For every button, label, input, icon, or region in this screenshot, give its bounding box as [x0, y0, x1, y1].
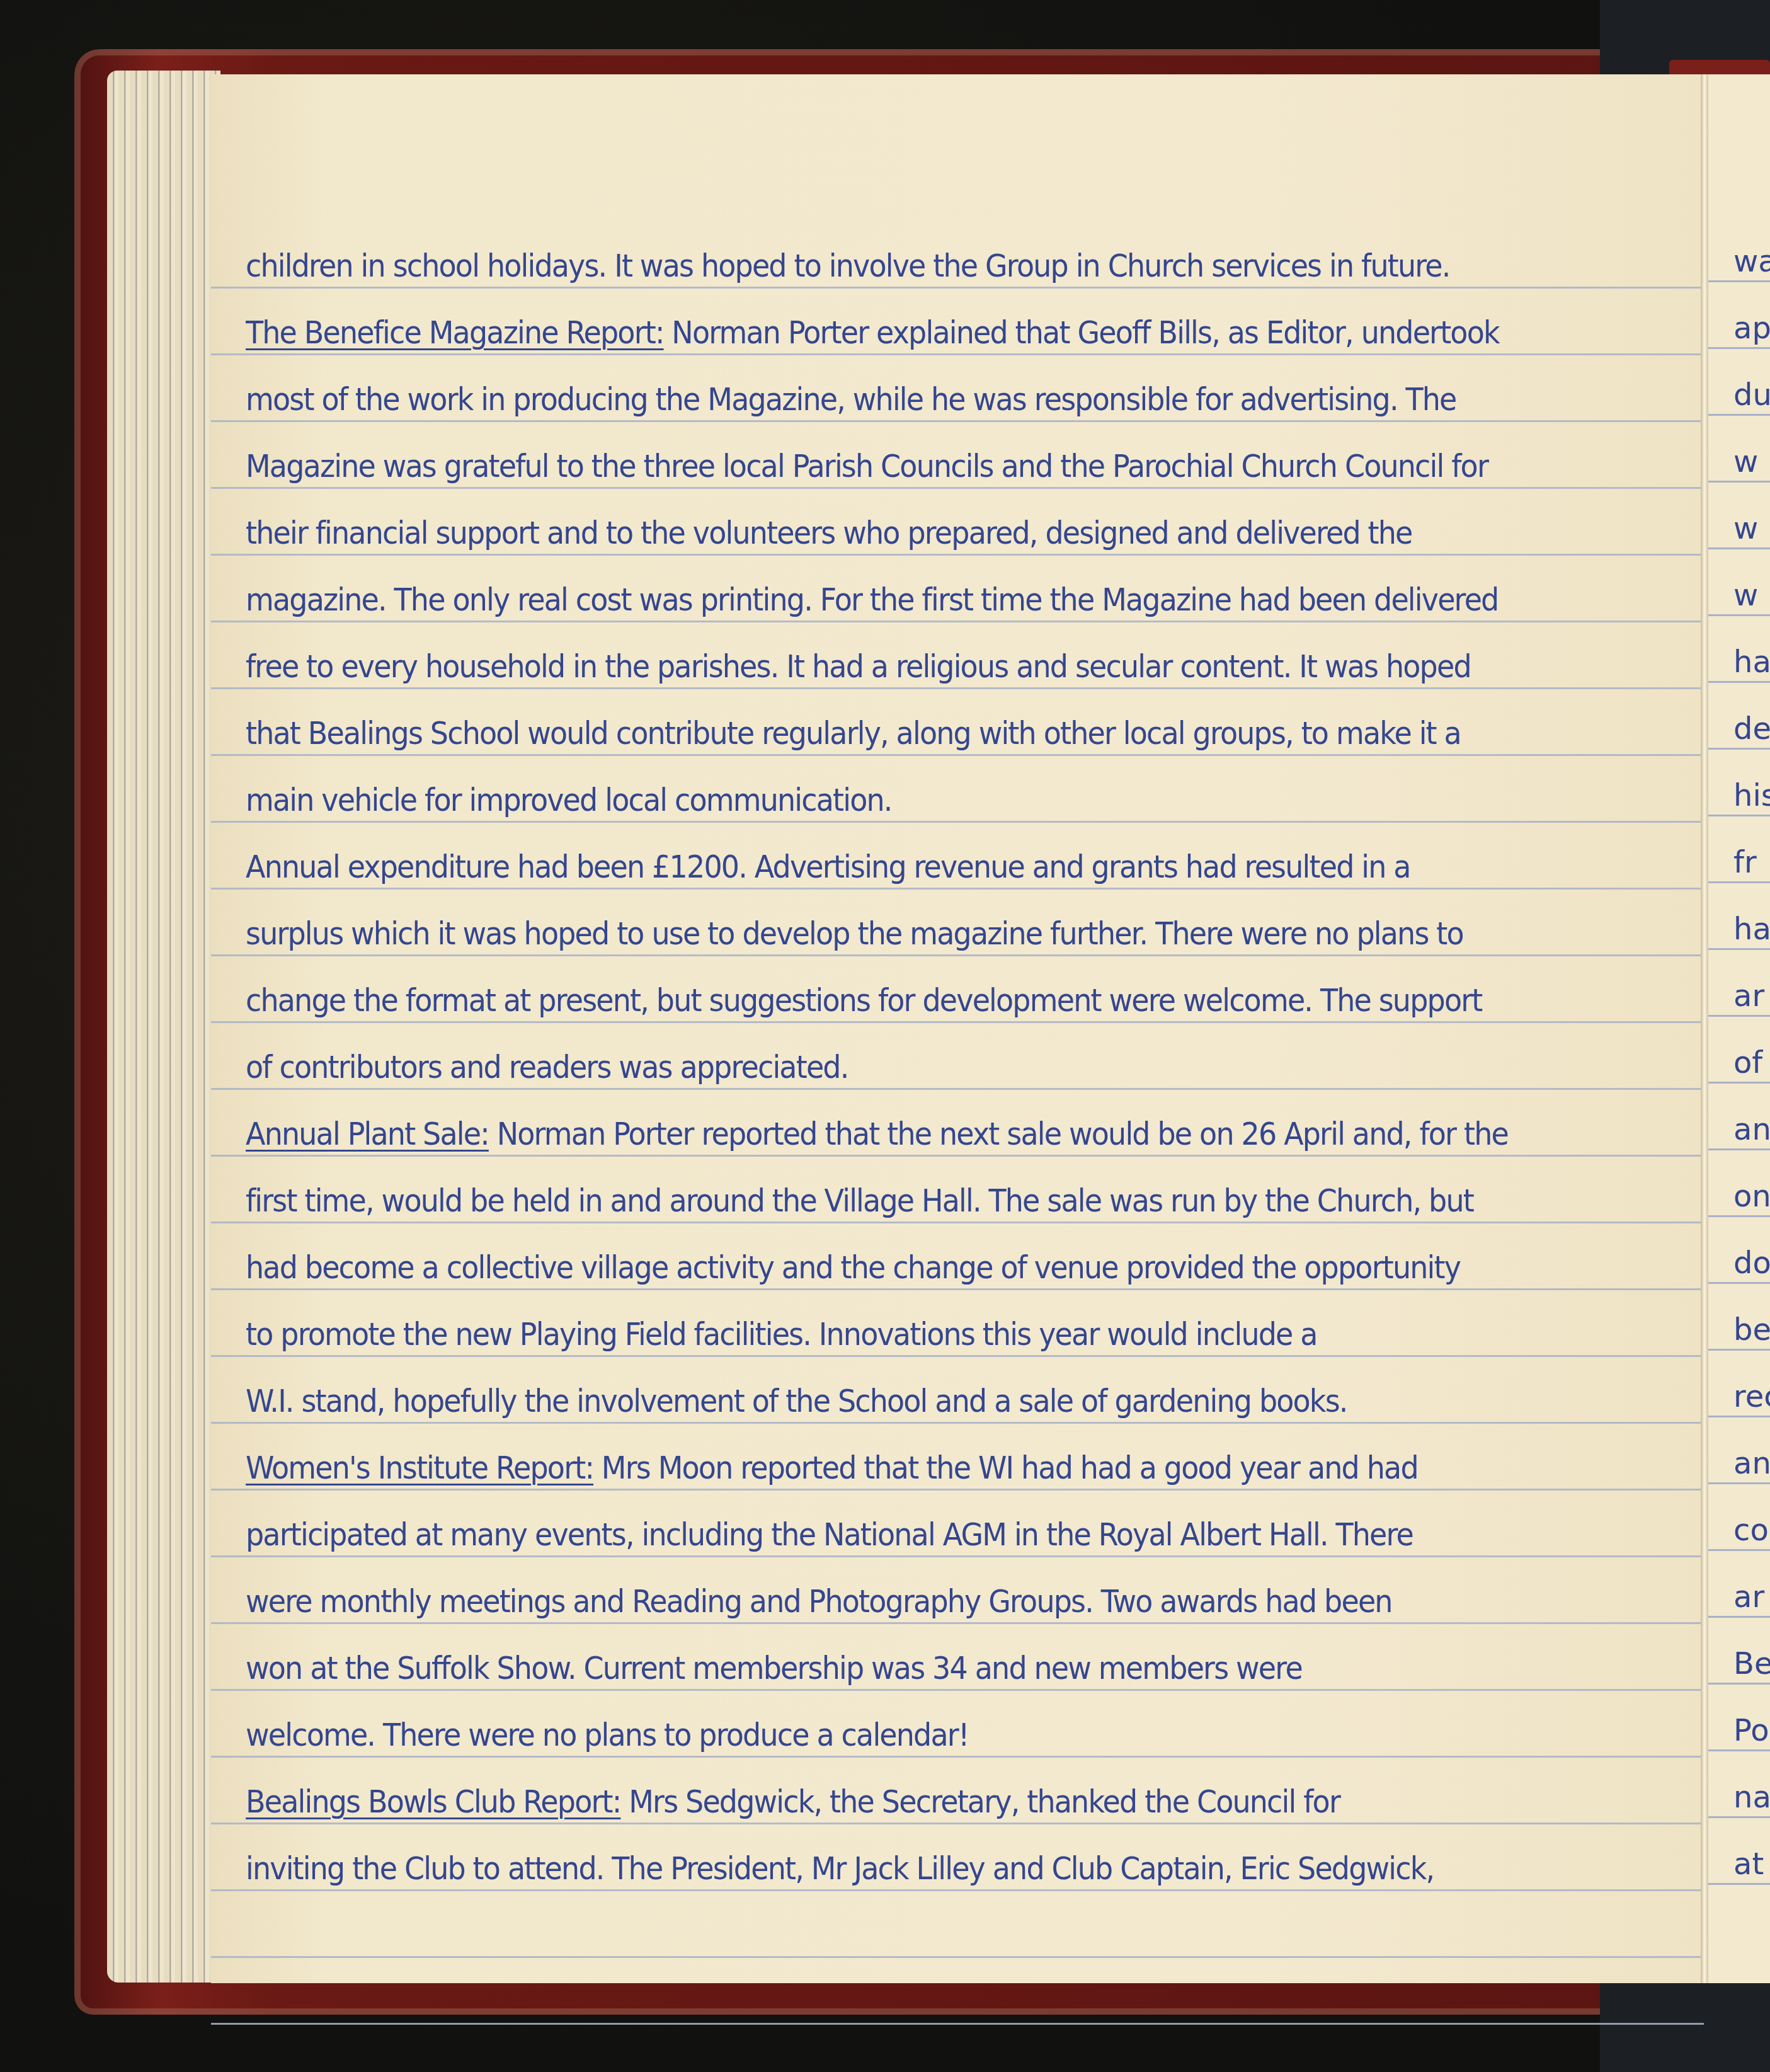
line-body: Mrs Sedgwick, the Secretary, thanked the…	[620, 1783, 1340, 1820]
handwritten-line: The Benefice Magazine Report: Norman Por…	[246, 314, 1564, 351]
ruled-line	[1708, 1215, 1770, 1217]
page-edges	[107, 71, 220, 1983]
ruled-line	[1708, 1549, 1770, 1551]
facing-page-word: dec	[1733, 711, 1770, 747]
ruled-line	[211, 353, 1704, 355]
facing-page-word: do	[1733, 1245, 1770, 1281]
line-body: participated at many events, including t…	[246, 1516, 1413, 1553]
ruled-line	[211, 1889, 1704, 1891]
ruled-line	[1708, 347, 1770, 349]
ruled-line	[211, 1088, 1704, 1090]
facing-page-word: an	[1733, 1112, 1770, 1147]
handwritten-line: free to every household in the parishes.…	[246, 648, 1564, 685]
facing-page-word: ar	[1733, 978, 1764, 1014]
handwritten-line: their financial support and to the volun…	[246, 515, 1564, 551]
line-body: first time, would be held in and around …	[246, 1182, 1473, 1219]
ruled-line	[211, 621, 1704, 622]
handwritten-line: most of the work in producing the Magazi…	[246, 381, 1564, 418]
handwritten-line: surplus which it was hoped to use to dev…	[246, 915, 1564, 952]
ruled-line	[211, 954, 1704, 956]
facing-page-word: wa	[1733, 244, 1770, 279]
ruled-line	[211, 1823, 1704, 1824]
ruled-line	[1708, 748, 1770, 750]
line-body: welcome. There were no plans to produce …	[246, 1717, 968, 1753]
ruled-line	[1708, 1148, 1770, 1150]
line-body: Mrs Moon reported that the WI had had a …	[593, 1450, 1418, 1486]
ruled-line	[211, 420, 1704, 422]
ruled-line	[211, 2023, 1704, 2025]
ruled-line	[211, 554, 1704, 556]
handwritten-line: to promote the new Playing Field facilit…	[246, 1316, 1564, 1353]
facing-page-word: ha	[1733, 644, 1770, 680]
line-body: Norman Porter explained that Geoff Bills…	[664, 314, 1499, 351]
handwritten-line: inviting the Club to attend. The Preside…	[246, 1850, 1564, 1887]
handwritten-line: Magazine was grateful to the three local…	[246, 448, 1564, 484]
ruled-line	[211, 1489, 1704, 1491]
ruled-line	[1708, 1883, 1770, 1885]
ruled-line	[211, 1756, 1704, 1758]
line-body: magazine. The only real cost was printin…	[246, 581, 1498, 618]
line-body: had become a collective village activity…	[246, 1249, 1460, 1286]
handwritten-line: were monthly meetings and Reading and Ph…	[246, 1583, 1564, 1620]
ruled-line	[211, 1222, 1704, 1223]
handwritten-line: had become a collective village activity…	[246, 1249, 1564, 1286]
line-body: Annual expenditure had been £1200. Adver…	[246, 849, 1410, 885]
handwritten-line: magazine. The only real cost was printin…	[246, 581, 1564, 618]
ruled-line	[1708, 1616, 1770, 1618]
line-body: Norman Porter reported that the next sal…	[489, 1116, 1508, 1152]
left-page: children in school holidays. It was hope…	[211, 74, 1704, 1983]
ruled-line	[1708, 1683, 1770, 1685]
ruled-line	[211, 1555, 1704, 1557]
handwritten-line: Bealings Bowls Club Report: Mrs Sedgwick…	[246, 1783, 1564, 1820]
handwritten-line: of contributors and readers was apprecia…	[246, 1049, 1564, 1085]
facing-page-word: at	[1733, 1846, 1764, 1882]
facing-page-word: be	[1733, 1312, 1770, 1348]
ruled-line	[1708, 1282, 1770, 1284]
ruled-line	[211, 1288, 1704, 1290]
facing-page-word: cos	[1733, 1513, 1770, 1548]
ruled-line	[211, 1155, 1704, 1157]
facing-page-word: on	[1733, 1179, 1770, 1214]
line-body: to promote the new Playing Field facilit…	[246, 1316, 1317, 1353]
handwritten-line: children in school holidays. It was hope…	[246, 248, 1564, 284]
ruled-line	[1708, 280, 1770, 282]
ruled-line	[211, 754, 1704, 756]
ruled-line	[211, 487, 1704, 489]
ruled-line	[211, 1021, 1704, 1023]
handwritten-line: that Bealings School would contribute re…	[246, 715, 1564, 752]
handwritten-line: won at the Suffolk Show. Current members…	[246, 1650, 1564, 1686]
line-body: of contributors and readers was apprecia…	[246, 1049, 848, 1085]
ruled-line	[211, 1689, 1704, 1691]
line-body: main vehicle for improved local communic…	[246, 782, 892, 818]
ruled-line	[1708, 1015, 1770, 1017]
line-body: were monthly meetings and Reading and Ph…	[246, 1583, 1392, 1620]
line-body: change the format at present, but sugges…	[246, 982, 1482, 1019]
facing-page-word: his	[1733, 778, 1770, 813]
facing-page-word: ar	[1733, 1579, 1764, 1615]
ruled-line	[1708, 1416, 1770, 1417]
facing-page-word: ha	[1733, 912, 1770, 947]
ruled-line	[1708, 1816, 1770, 1818]
handwritten-line: change the format at present, but sugges…	[246, 982, 1564, 1019]
line-body: Magazine was grateful to the three local…	[246, 448, 1488, 484]
line-body: surplus which it was hoped to use to dev…	[246, 915, 1463, 952]
ruled-line	[211, 1956, 1704, 1958]
facing-page-word: fr	[1733, 845, 1757, 880]
line-body: free to every household in the parishes.…	[246, 648, 1471, 685]
facing-page-word: w	[1733, 511, 1758, 546]
handwritten-line: Women's Institute Report: Mrs Moon repor…	[246, 1450, 1564, 1486]
line-body: inviting the Club to attend. The Preside…	[246, 1850, 1434, 1887]
ruled-line	[1708, 1749, 1770, 1751]
ruled-line	[211, 821, 1704, 823]
ruled-line	[1708, 815, 1770, 816]
facing-page-word: du	[1733, 377, 1770, 413]
section-heading: Bealings Bowls Club Report:	[246, 1783, 620, 1820]
ruled-line	[1708, 1349, 1770, 1351]
right-page-fragment: waapduwwwhadechisfrhaarofanondoberecandc…	[1708, 74, 1770, 1983]
ruled-line	[1708, 614, 1770, 616]
handwritten-line: welcome. There were no plans to produce …	[246, 1717, 1564, 1753]
section-heading: The Benefice Magazine Report:	[246, 314, 664, 351]
line-body: children in school holidays. It was hope…	[246, 248, 1450, 284]
facing-page-word: and	[1733, 1446, 1770, 1481]
facing-page-word: w	[1733, 444, 1758, 479]
ruled-line	[1708, 414, 1770, 416]
ruled-line	[1708, 1482, 1770, 1484]
facing-page-word: ap	[1733, 311, 1770, 346]
line-body: won at the Suffolk Show. Current members…	[246, 1650, 1302, 1686]
section-heading: Annual Plant Sale:	[246, 1116, 489, 1152]
ruled-line	[1708, 948, 1770, 950]
ruled-line	[211, 888, 1704, 890]
handwritten-line: Annual Plant Sale: Norman Porter reporte…	[246, 1116, 1564, 1152]
handwritten-line: W.I. stand, hopefully the involvement of…	[246, 1383, 1564, 1419]
ruled-line	[211, 1622, 1704, 1624]
handwritten-line: main vehicle for improved local communic…	[246, 782, 1564, 818]
handwritten-line: participated at many events, including t…	[246, 1516, 1564, 1553]
facing-page-word: w	[1733, 578, 1758, 613]
ruled-line	[211, 1355, 1704, 1357]
section-heading: Women's Institute Report:	[246, 1450, 593, 1486]
facing-page-word: na	[1733, 1780, 1770, 1815]
line-body: their financial support and to the volun…	[246, 515, 1412, 551]
facing-page-word: Po	[1733, 1713, 1769, 1748]
line-body: most of the work in producing the Magazi…	[246, 381, 1456, 418]
ruled-line	[211, 687, 1704, 689]
ruled-line	[1708, 481, 1770, 483]
facing-page-word: rec	[1733, 1379, 1770, 1414]
ruled-line	[1708, 681, 1770, 683]
handwritten-line: Annual expenditure had been £1200. Adver…	[246, 849, 1564, 885]
handwritten-line: first time, would be held in and around …	[246, 1182, 1564, 1219]
line-body: that Bealings School would contribute re…	[246, 715, 1461, 752]
facing-page-word: of	[1733, 1045, 1762, 1080]
ruled-line	[211, 287, 1704, 289]
book-gutter	[1701, 74, 1708, 1983]
ruled-line	[1708, 1082, 1770, 1084]
ruled-line	[1708, 881, 1770, 883]
line-body: W.I. stand, hopefully the involvement of…	[246, 1383, 1347, 1419]
ruled-line	[211, 1422, 1704, 1424]
ruled-line	[1708, 547, 1770, 549]
facing-page-word: Be	[1733, 1646, 1770, 1681]
